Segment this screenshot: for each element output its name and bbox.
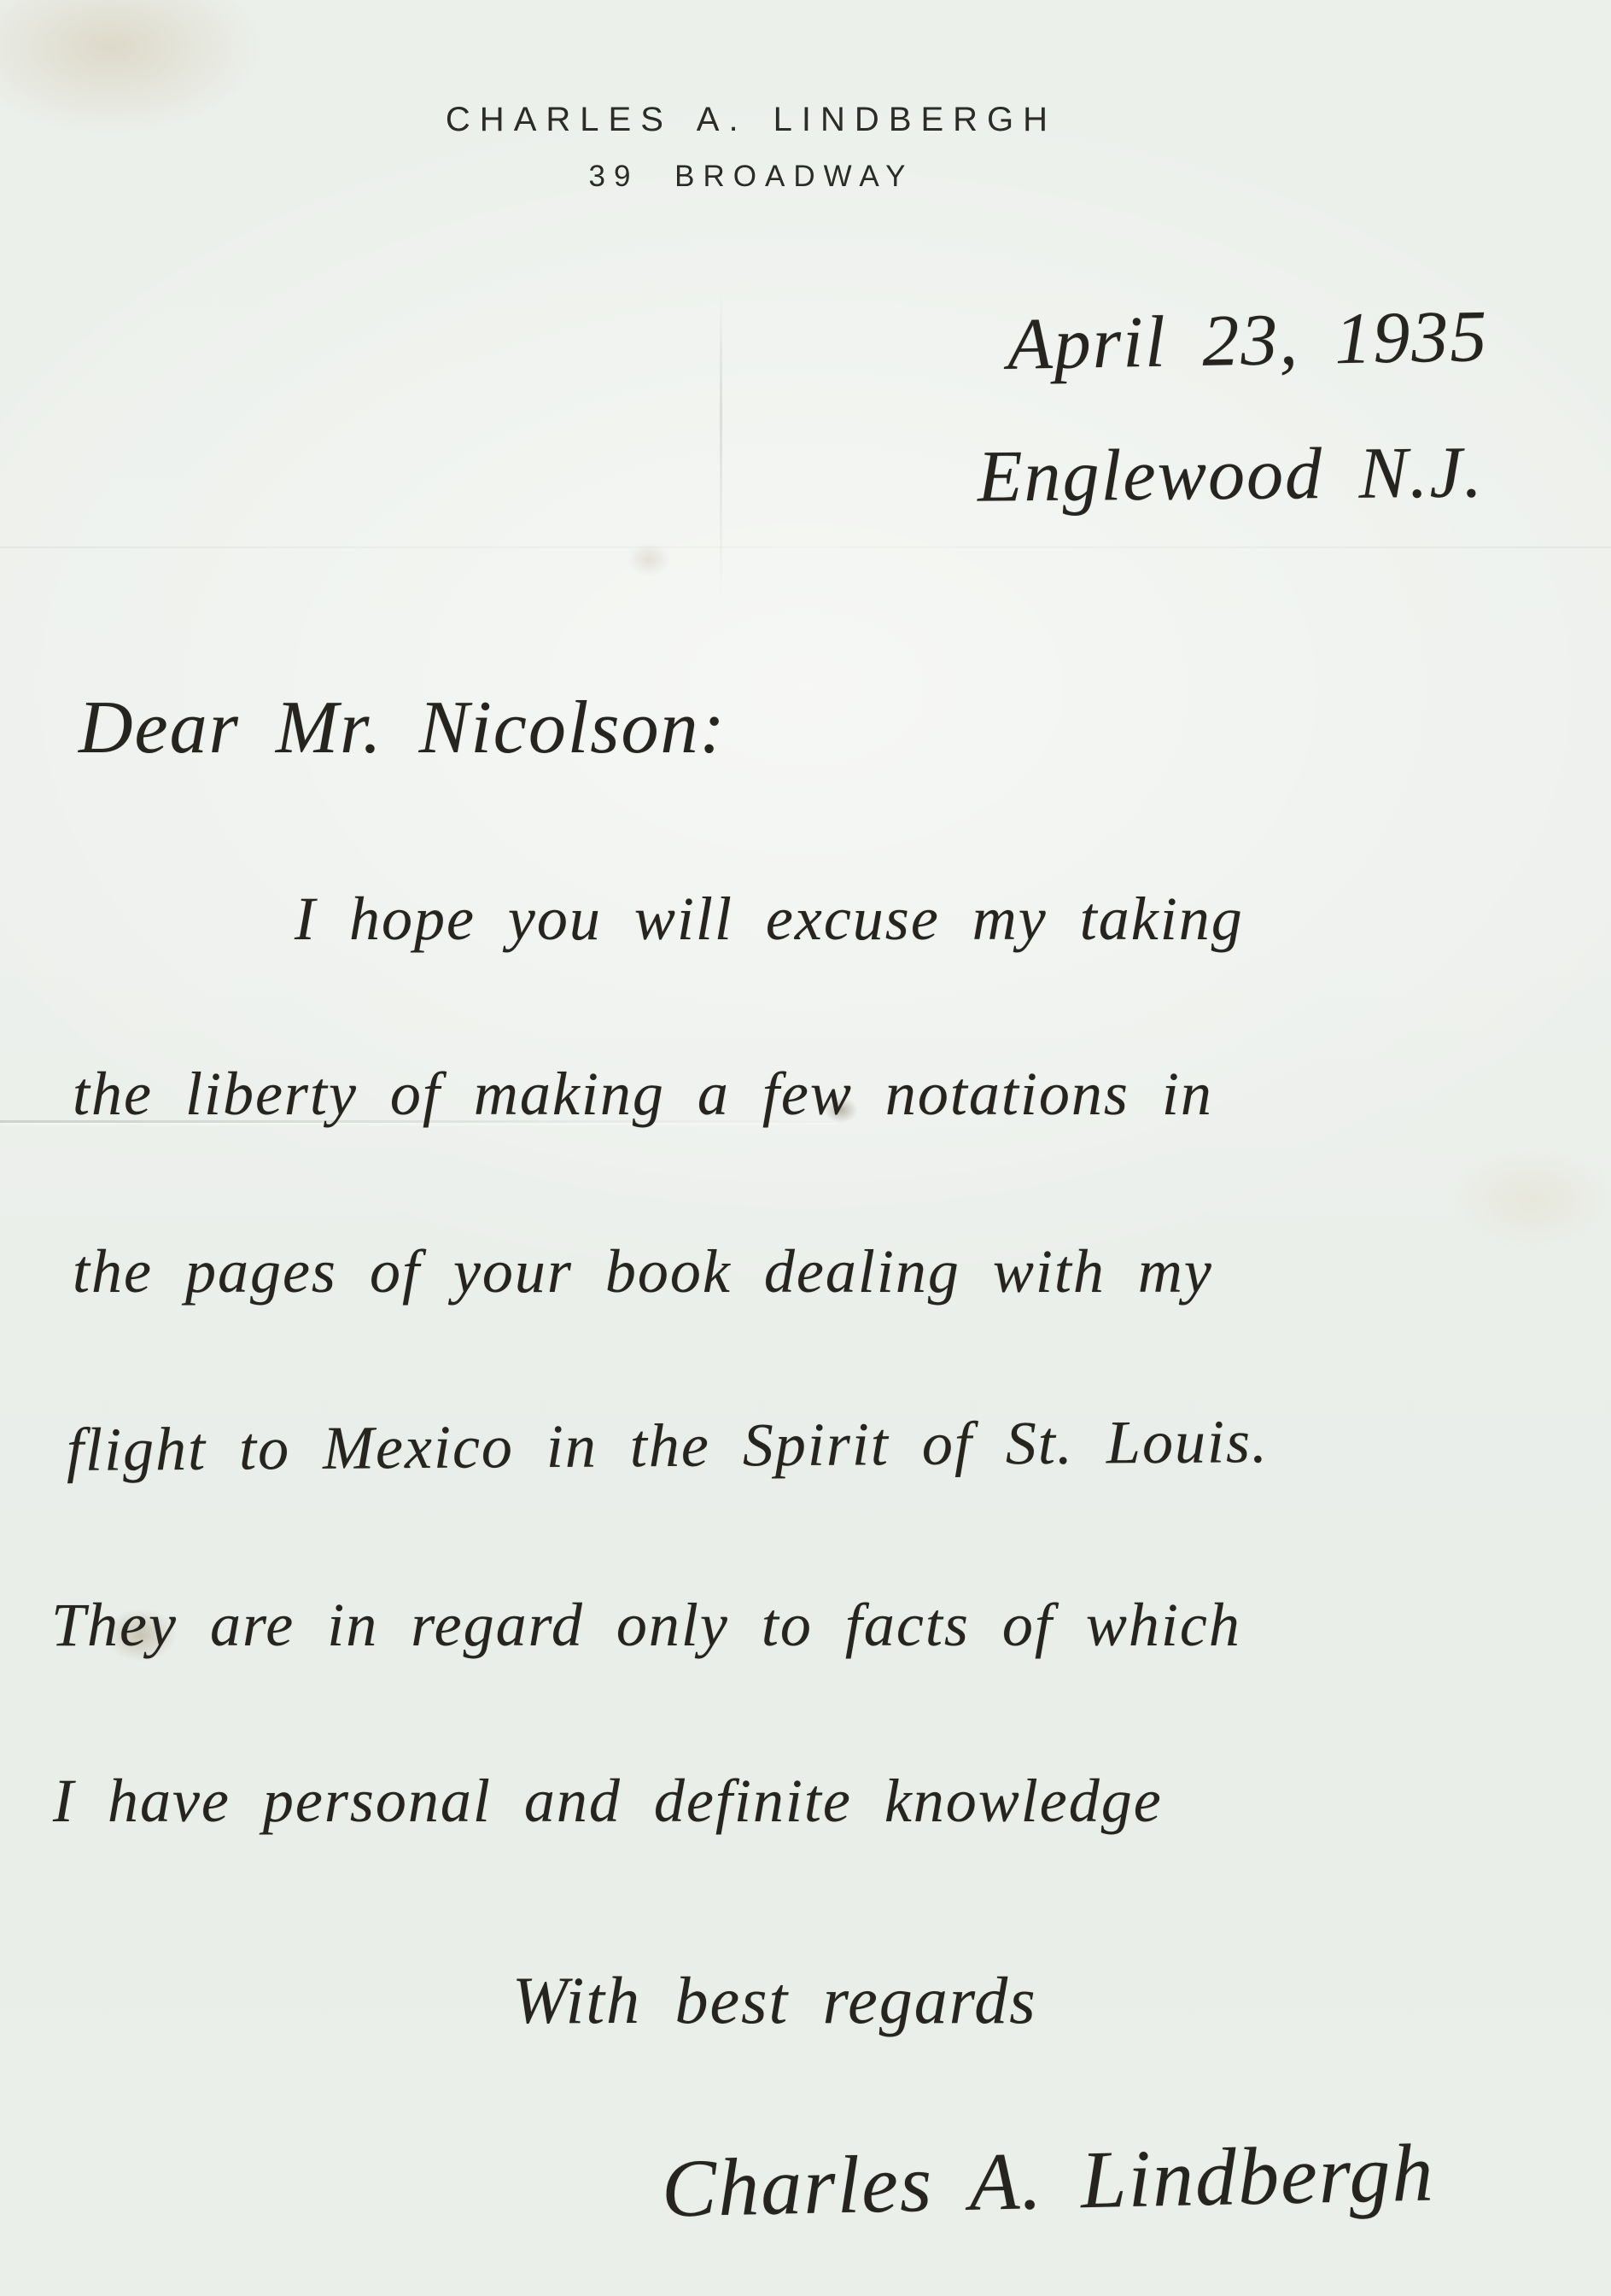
body-line: the liberty of making a few notations in bbox=[73, 1059, 1213, 1130]
body-line: flight to Mexico in the Spirit of St. Lo… bbox=[67, 1406, 1269, 1486]
dateline-place: Englewood N.J. bbox=[978, 429, 1485, 518]
letter-page: CHARLES A. LINDBERGH 39 BROADWAY April 2… bbox=[0, 0, 1611, 2296]
letterhead-name: CHARLES A. LINDBERGH bbox=[0, 101, 1503, 139]
closing-line: With best regards bbox=[512, 1962, 1037, 2039]
body-line: I have personal and definite knowledge bbox=[53, 1766, 1163, 1837]
signature: Charles A. Lindbergh bbox=[661, 2125, 1436, 2236]
letterhead: CHARLES A. LINDBERGH 39 BROADWAY bbox=[0, 101, 1503, 194]
body-line: They are in regard only to facts of whic… bbox=[51, 1590, 1241, 1661]
dateline-date: April 23, 1935 bbox=[1007, 293, 1489, 387]
letterhead-address: 39 BROADWAY bbox=[0, 160, 1503, 194]
horizontal-fold-crease bbox=[0, 546, 1611, 548]
body-line: the pages of your book dealing with my bbox=[73, 1236, 1213, 1307]
vertical-fold-crease bbox=[720, 290, 722, 598]
body-line: I hope you will excuse my taking bbox=[295, 884, 1244, 955]
salutation: Dear Mr. Nicolson: bbox=[79, 685, 727, 771]
